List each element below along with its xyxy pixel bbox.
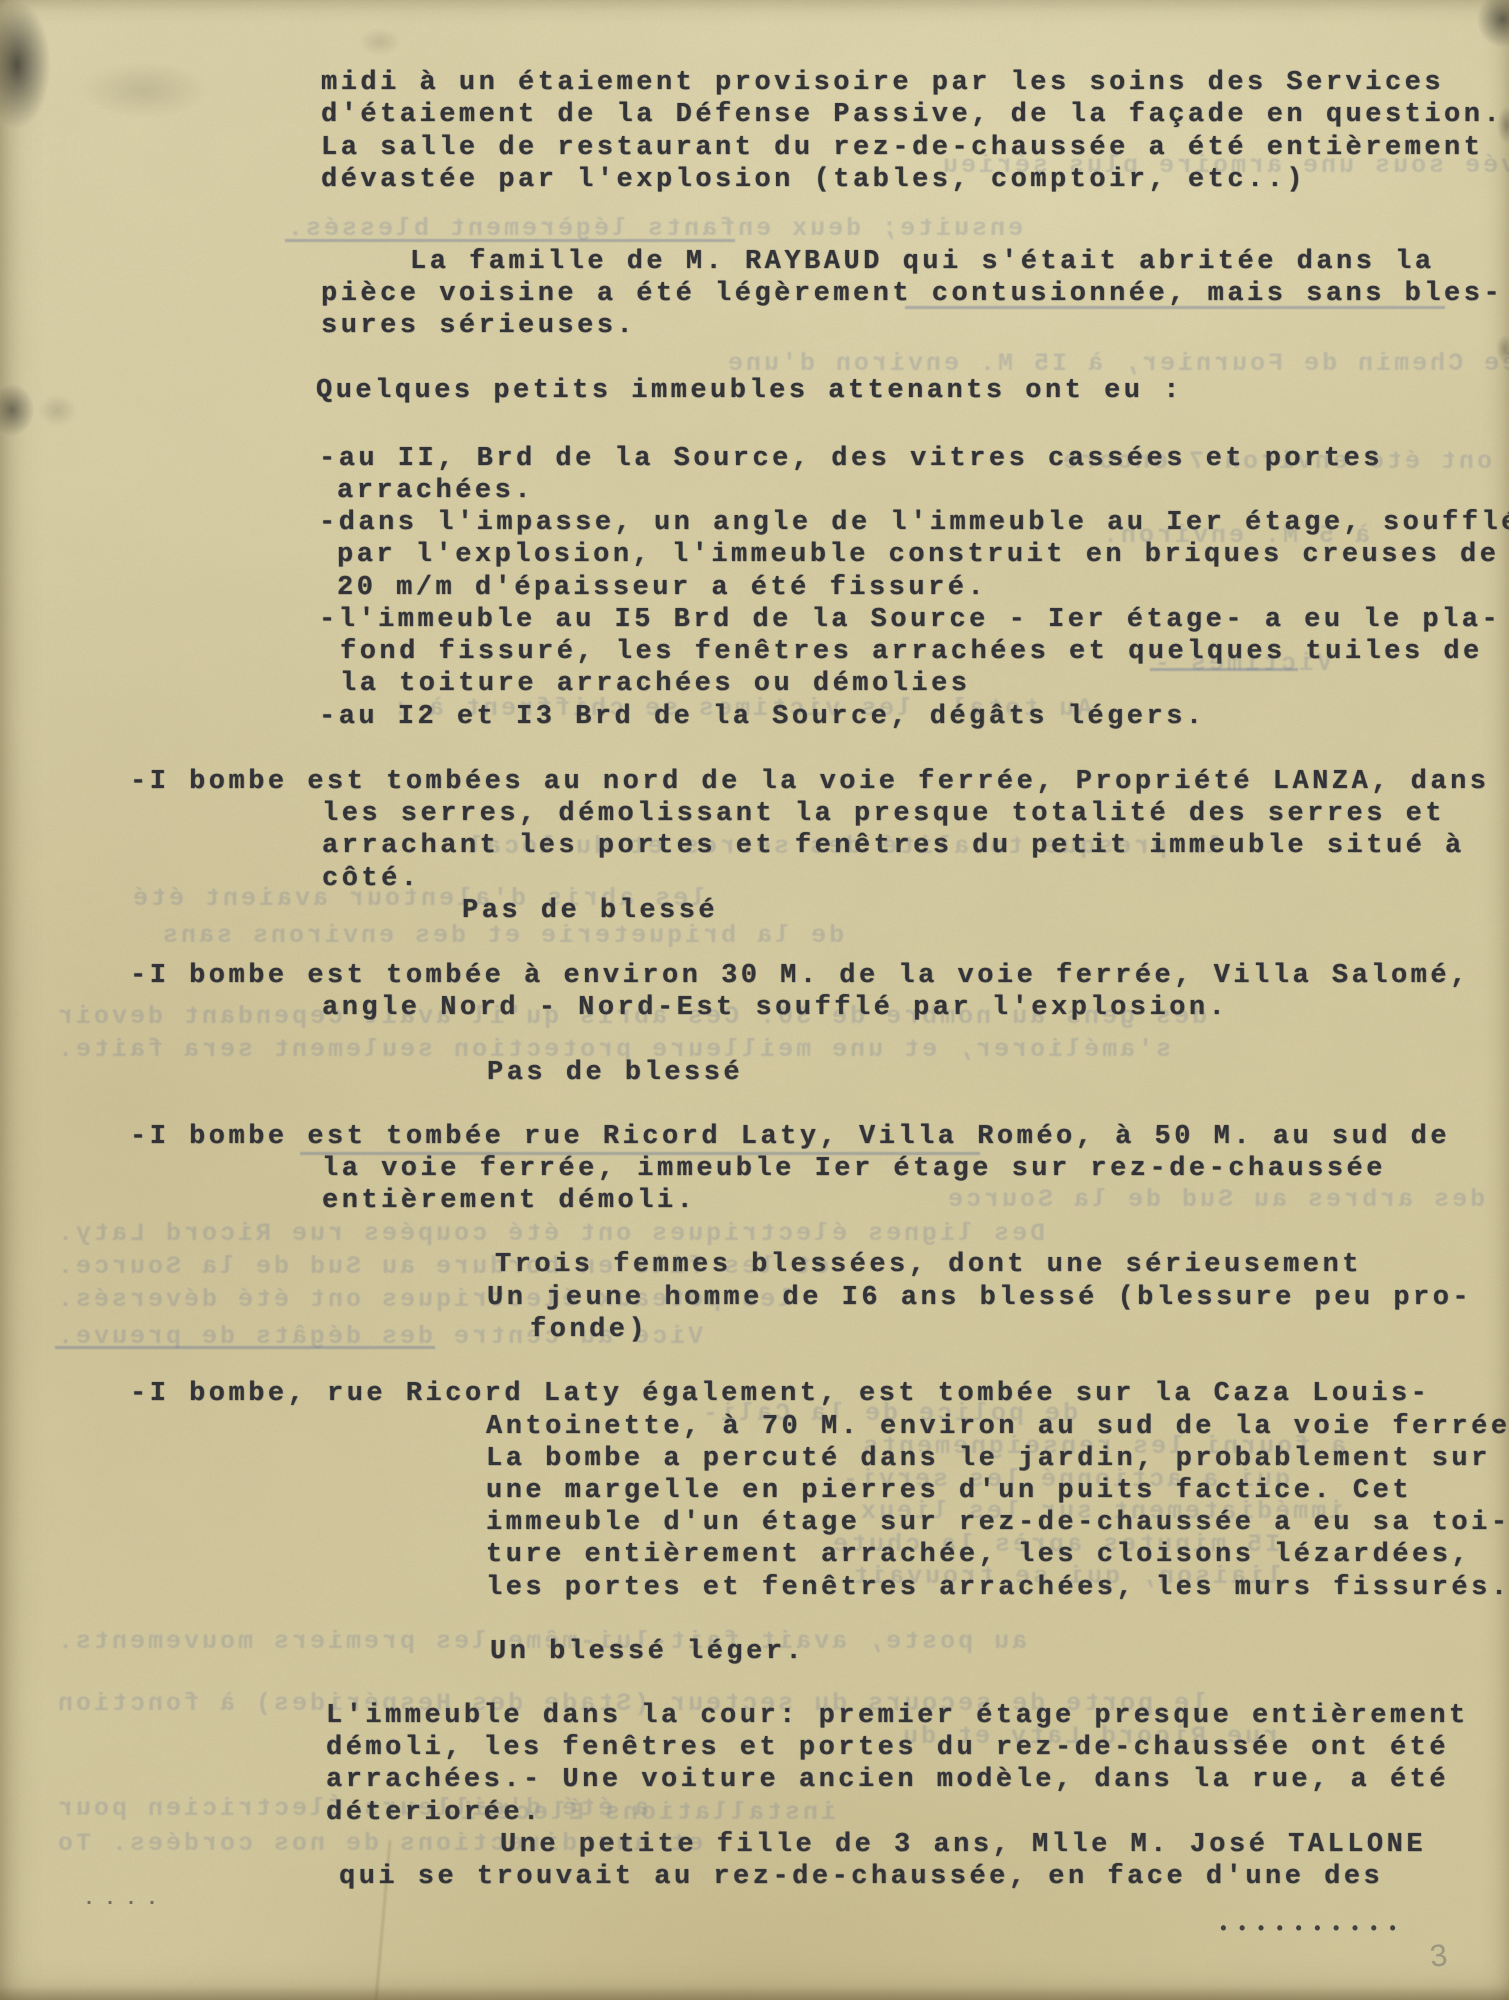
bleedthrough-line: des arbres au Sud de la Source xyxy=(945,1186,1485,1214)
text-line: sures sérieuses. xyxy=(321,311,636,341)
ellipsis-dots-right: •••••••••• xyxy=(1218,1920,1406,1940)
bleedthrough-line: de la briqueterie et des environs sans xyxy=(160,922,844,950)
text-line: qui se trouvait au rez-de-chaussée, en f… xyxy=(339,1862,1383,1892)
text-line: Un jeune homme de I6 ans blessé (blessur… xyxy=(487,1283,1472,1313)
text-line: pièce voisine a été légèrement contusion… xyxy=(321,279,1503,309)
text-line: côté. xyxy=(322,864,421,894)
text-line: -I bombe, rue Ricord Laty également, est… xyxy=(130,1379,1430,1409)
text-line: immeuble d'un étage sur rez-de-chaussée … xyxy=(486,1508,1509,1538)
text-line: entièrement démoli. xyxy=(322,1186,696,1216)
bleedthrough-underline xyxy=(285,239,735,242)
text-line: fonde) xyxy=(530,1315,648,1345)
text-line: -dans l'impasse, un angle de l'immeuble … xyxy=(319,508,1509,538)
text-line: les serres, démolissant la presque total… xyxy=(322,799,1445,829)
text-line: Quelques petits immeubles attenants ont … xyxy=(316,376,1183,406)
text-line: d'étaiement de la Défense Passive, de la… xyxy=(321,100,1503,130)
text-line: -au II, Brd de la Source, des vitres cas… xyxy=(319,444,1383,474)
text-line: -I bombe est tombées au nord de la voie … xyxy=(130,767,1489,797)
text-line: une margelle en pierres d'un puits facti… xyxy=(486,1476,1412,1506)
text-line: Pas de blessé xyxy=(487,1058,743,1088)
text-line: arrachant les portes et fenêtres du peti… xyxy=(322,831,1465,861)
text-line: La bombe a percuté dans le jardin, proba… xyxy=(486,1444,1491,1474)
text-line: dévastée par l'explosion (tables, compto… xyxy=(321,165,1306,195)
text-line: 20 m/m d'épaisseur a été fissuré. xyxy=(337,573,987,603)
text-line: arrachées. xyxy=(337,476,534,506)
text-line: Trois femmes blessées, dont une sérieuse… xyxy=(495,1250,1362,1280)
text-line: démoli, les fenêtres et portes du rez-de… xyxy=(326,1733,1449,1763)
bleedthrough-underline xyxy=(1150,668,1298,671)
text-line: ture entièrement arrachée, les cloisons … xyxy=(486,1540,1471,1570)
page-number: 3 xyxy=(1428,1937,1449,1975)
text-line: La salle de restaurant du rez-de-chaussé… xyxy=(321,133,1483,163)
text-line: les portes et fenêtres arrachées, les mu… xyxy=(486,1573,1509,1603)
text-line: -I bombe est tombée rue Ricord Laty, Vil… xyxy=(130,1122,1450,1152)
text-line: angle Nord - Nord-Est soufflé par l'expl… xyxy=(322,993,1228,1023)
ellipsis-dots-left: .... xyxy=(83,1888,167,1911)
text-line: Pas de blessé xyxy=(462,896,718,926)
text-line: -au I2 et I3 Brd de la Source, dégâts lé… xyxy=(319,702,1206,732)
text-line: -l'immeuble au I5 Brd de la Source - Ier… xyxy=(319,605,1501,635)
bleedthrough-line: Des lignes électriques ont été coupées r… xyxy=(55,1220,1045,1248)
bleedthrough-line: I bombe es tombée Chemin de Fournier, à … xyxy=(725,350,1509,378)
text-line: Antoinette, à 70 M. environ au sud de la… xyxy=(486,1412,1509,1442)
text-line: fond fissuré, les fenêtres arrachées et … xyxy=(340,637,1483,667)
text-line: Une petite fille de 3 ans, Mlle M. José … xyxy=(500,1830,1426,1860)
text-line: la toiture arrachées ou démolies xyxy=(340,669,970,699)
text-line: La famille de M. RAYBAUD qui s'était abr… xyxy=(410,247,1435,277)
text-line: par l'explosion, l'immeuble construit en… xyxy=(337,540,1499,570)
bleedthrough-underline xyxy=(55,1346,435,1349)
text-line: la voie ferrée, immeuble Ier étage sur r… xyxy=(322,1154,1386,1184)
text-line: midi à un étaiement provisoire par les s… xyxy=(321,68,1444,98)
document-page: retrouvée sous une armoire plus sérieuen… xyxy=(0,0,1509,2000)
text-line: L'immeuble dans la cour: premier étage p… xyxy=(326,1701,1469,1731)
text-line: déteriorée. xyxy=(326,1798,543,1828)
text-line: arrachées.- Une voiture ancien modèle, d… xyxy=(326,1765,1449,1795)
text-line: Un blessé léger. xyxy=(490,1637,805,1667)
text-line: -I bombe est tombée à environ 30 M. de l… xyxy=(130,961,1470,991)
bottom-edge-shadow xyxy=(0,1986,1509,2000)
